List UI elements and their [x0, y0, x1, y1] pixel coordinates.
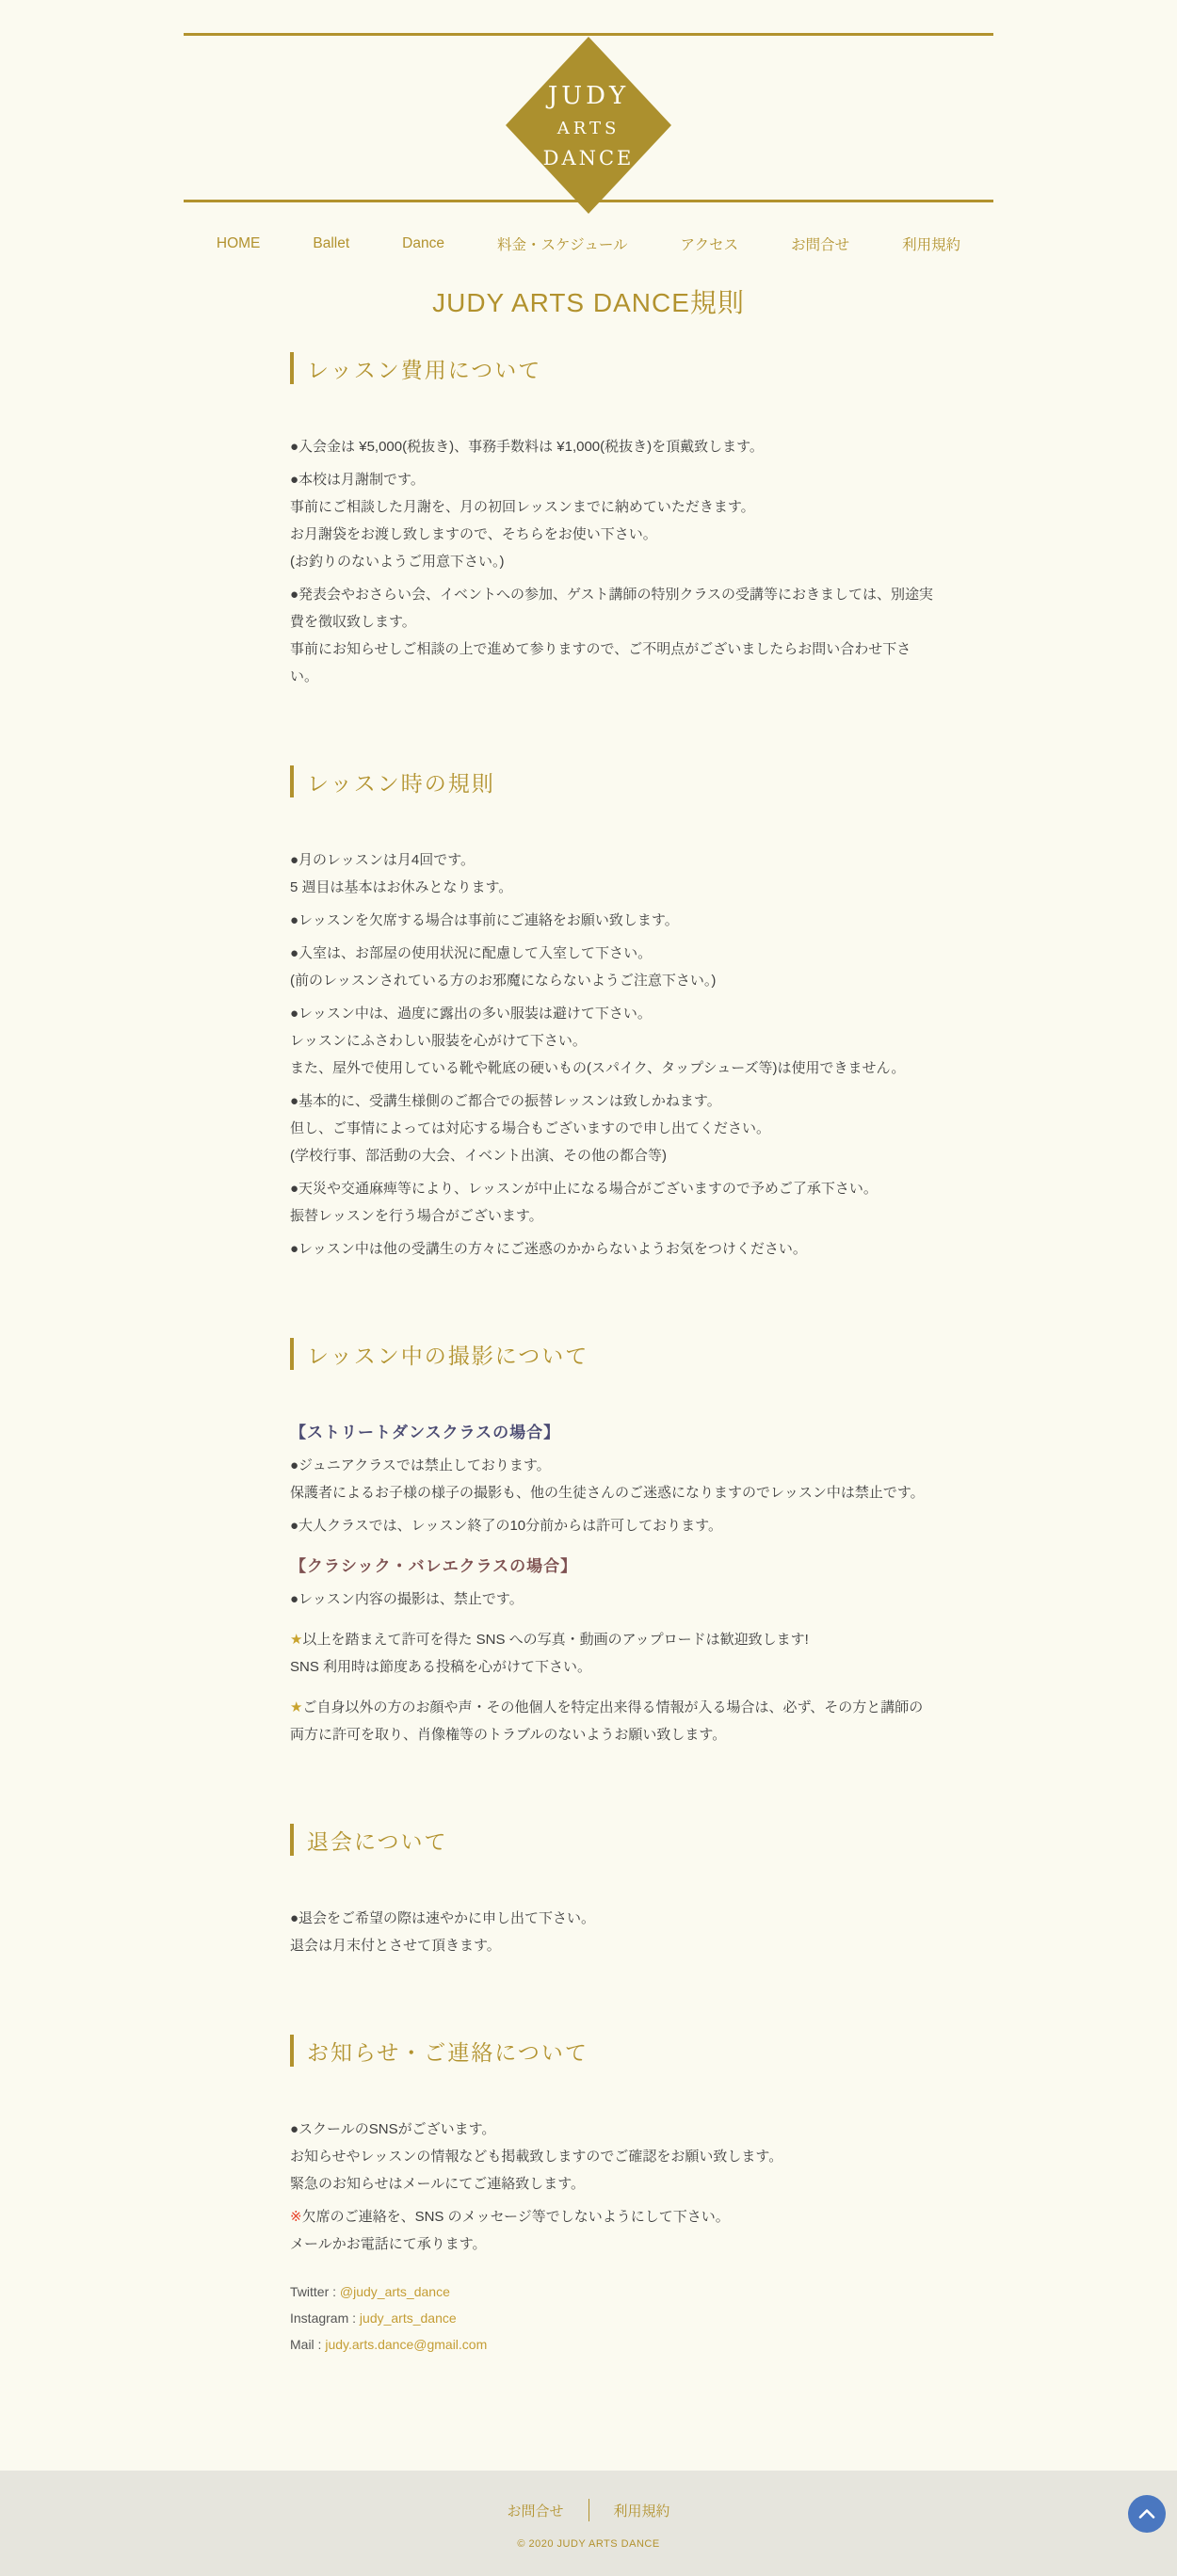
- logo-line-dance: DANCE: [543, 147, 635, 169]
- paragraph: ●レッスンを欠席する場合は事前にご連絡をお願い致します。: [290, 907, 949, 934]
- paragraph: ★以上を踏まえて許可を得た SNS への写真・動画のアップロードは歓迎致します!…: [290, 1626, 949, 1681]
- paragraph: ●入室は、お部屋の使用状況に配慮して入室して下さい。(前のレッスンされている方の…: [290, 940, 949, 994]
- rules-section: 退会について●退会をご希望の際は速やかに申し出て下さい。退会は月末付とさせて頂き…: [290, 1824, 949, 1959]
- text-line: お月謝袋をお渡し致しますので、そちらをお使い下さい。: [290, 521, 949, 548]
- footer: お問合せ 利用規約 © 2020 JUDY ARTS DANCE: [0, 2471, 1177, 2576]
- header-top-rule: [184, 33, 993, 36]
- text-line: お知らせやレッスンの情報なども掲載致しますのでご確認をお願い致します。: [290, 2143, 949, 2170]
- contact-line: Instagram : judy_arts_dance: [290, 2305, 949, 2331]
- paragraph: ●基本的に、受講生様側のご都合での振替レッスンは致しかねます。但し、ご事情によっ…: [290, 1087, 949, 1169]
- text-line: (前のレッスンされている方のお邪魔にならないようご注意下さい。): [290, 967, 949, 994]
- contact-line: Twitter : @judy_arts_dance: [290, 2278, 949, 2305]
- logo-text: JUDY ARTS DANCE: [543, 82, 635, 169]
- text-line: ●ジュニアクラスでは禁止しております。: [290, 1452, 949, 1479]
- alert-marker: ※: [290, 2209, 302, 2225]
- text-line: い。: [290, 663, 949, 690]
- page-title: JUDY ARTS DANCE規則: [0, 282, 1177, 320]
- text-line: ●入室は、お部屋の使用状況に配慮して入室して下さい。: [290, 940, 949, 967]
- contact-label: Twitter :: [290, 2284, 340, 2299]
- scroll-to-top-button[interactable]: [1128, 2495, 1166, 2533]
- text-line: ●レッスン中は他の受講生の方々にご迷惑のかからないようお気をつけください。: [290, 1235, 949, 1263]
- section-heading: レッスン時の規則: [290, 765, 949, 797]
- rules-section: レッスン時の規則●月のレッスンは月4回です。5 週目は基本はお休みとなります。●…: [290, 765, 949, 1263]
- text-line: また、屋外で使用している靴や靴底の硬いもの(スパイク、タップシューズ等)は使用で…: [290, 1055, 949, 1082]
- footer-divider: [588, 2499, 589, 2521]
- copyright: © 2020 JUDY ARTS DANCE: [0, 2538, 1177, 2550]
- paragraph: ●退会をご希望の際は速やかに申し出て下さい。退会は月末付とさせて頂きます。: [290, 1905, 949, 1959]
- text-line: ※欠席のご連絡を、SNS のメッセージ等でしないようにして下さい。: [290, 2203, 949, 2230]
- text-line: (お釣りのないようご用意下さい。): [290, 548, 949, 575]
- rules-section: レッスン費用について●入会金は ¥5,000(税抜き)、事務手数料は ¥1,00…: [290, 352, 949, 690]
- sns-contact-block: Twitter : @judy_arts_danceInstagram : ju…: [290, 2278, 949, 2358]
- section-body: 【ストリートダンスクラスの場合】●ジュニアクラスでは禁止しております。保護者によ…: [290, 1419, 949, 1748]
- text-line: ●スクールのSNSがございます。: [290, 2116, 949, 2143]
- page: JUDY ARTS DANCE HOME Ballet Dance 料金・スケジ…: [0, 0, 1177, 2576]
- paragraph: ●天災や交通麻痺等により、レッスンが中止になる場合がございますので予めご了承下さ…: [290, 1175, 949, 1230]
- text-line: ●レッスンを欠席する場合は事前にご連絡をお願い致します。: [290, 907, 949, 934]
- section-body: ●月のレッスンは月4回です。5 週目は基本はお休みとなります。●レッスンを欠席す…: [290, 846, 949, 1263]
- sub-heading: 【ストリートダンスクラスの場合】: [290, 1419, 949, 1446]
- text-line: ★ご自身以外の方のお顔や声・その他個人を特定出来得る情報が入る場合は、必ず、その…: [290, 1694, 949, 1721]
- text-line: ★以上を踏まえて許可を得た SNS への写真・動画のアップロードは歓迎致します!: [290, 1626, 949, 1653]
- section-body: ●スクールのSNSがございます。お知らせやレッスンの情報なども掲載致しますのでご…: [290, 2116, 949, 2358]
- logo-line-arts: ARTS: [557, 119, 621, 138]
- contact-link[interactable]: @judy_arts_dance: [340, 2284, 450, 2299]
- section-heading: レッスン費用について: [290, 352, 949, 384]
- paragraph: ●本校は月謝制です。事前にご相談した月謝を、月の初回レッスンまでに納めていただき…: [290, 466, 949, 575]
- line-text: 以上を踏まえて許可を得た SNS への写真・動画のアップロードは歓迎致します!: [302, 1632, 808, 1648]
- paragraph: ●レッスン中は、過度に露出の多い服装は避けて下さい。レッスンにふさわしい服装を心…: [290, 1000, 949, 1082]
- rules-content: レッスン費用について●入会金は ¥5,000(税抜き)、事務手数料は ¥1,00…: [290, 352, 949, 2358]
- sub-heading: 【クラシック・バレエクラスの場合】: [290, 1553, 949, 1580]
- paragraph: ●入会金は ¥5,000(税抜き)、事務手数料は ¥1,000(税抜き)を頂戴致…: [290, 433, 949, 460]
- text-line: ●月のレッスンは月4回です。: [290, 846, 949, 874]
- paragraph: ●月のレッスンは月4回です。5 週目は基本はお休みとなります。: [290, 846, 949, 901]
- text-line: 費を徴収致します。: [290, 608, 949, 636]
- section-title: レッスン費用について: [307, 353, 541, 384]
- contact-label: Mail :: [290, 2337, 325, 2352]
- section-heading-bar: [290, 765, 294, 797]
- text-line: レッスンにふさわしい服装を心がけて下さい。: [290, 1027, 949, 1055]
- section-heading: レッスン中の撮影について: [290, 1338, 949, 1370]
- section-heading-bar: [290, 2035, 294, 2067]
- logo-line-judy: JUDY: [548, 82, 629, 110]
- footer-link-terms[interactable]: 利用規約: [614, 2501, 670, 2520]
- contact-line: Mail : judy.arts.dance@gmail.com: [290, 2331, 949, 2358]
- star-marker: ★: [290, 1699, 302, 1715]
- text-line: (学校行事、部活動の大会、イベント出演、その他の都合等): [290, 1142, 949, 1169]
- text-line: 但し、ご事情によっては対応する場合もございますので申し出てください。: [290, 1115, 949, 1142]
- text-line: 退会は月末付とさせて頂きます。: [290, 1932, 949, 1959]
- contact-label: Instagram :: [290, 2310, 360, 2326]
- section-title: レッスン中の撮影について: [307, 1339, 588, 1370]
- rules-section: お知らせ・ご連絡について●スクールのSNSがございます。お知らせやレッスンの情報…: [290, 2035, 949, 2358]
- contact-link[interactable]: judy_arts_dance: [360, 2310, 457, 2326]
- nav-item-home[interactable]: HOME: [217, 235, 261, 252]
- footer-links: お問合せ 利用規約: [0, 2471, 1177, 2521]
- text-line: 振替レッスンを行う場合がございます。: [290, 1202, 949, 1230]
- section-heading: お知らせ・ご連絡について: [290, 2035, 949, 2067]
- paragraph: ●スクールのSNSがございます。お知らせやレッスンの情報なども掲載致しますのでご…: [290, 2116, 949, 2198]
- text-line: 事前にお知らせしご相談の上で進めて参りますので、ご不明点がございましたらお問い合…: [290, 636, 949, 663]
- text-line: ●レッスン内容の撮影は、禁止です。: [290, 1586, 949, 1613]
- text-line: 両方に許可を取り、肖像権等のトラブルのないようお願い致します。: [290, 1721, 949, 1748]
- section-heading-bar: [290, 352, 294, 384]
- text-line: 緊急のお知らせはメールにてご連絡致します。: [290, 2170, 949, 2198]
- section-title: 退会について: [307, 1825, 448, 1856]
- section-title: レッスン時の規則: [307, 766, 495, 797]
- section-body: ●退会をご希望の際は速やかに申し出て下さい。退会は月末付とさせて頂きます。: [290, 1905, 949, 1959]
- text-line: ●入会金は ¥5,000(税抜き)、事務手数料は ¥1,000(税抜き)を頂戴致…: [290, 433, 949, 460]
- text-line: ●天災や交通麻痺等により、レッスンが中止になる場合がございますので予めご了承下さ…: [290, 1175, 949, 1202]
- line-text: ご自身以外の方のお顔や声・その他個人を特定出来得る情報が入る場合は、必ず、その方…: [302, 1699, 923, 1715]
- paragraph: ●大人クラスでは、レッスン終了の10分前からは許可しております。: [290, 1512, 949, 1539]
- nav-item-dance[interactable]: Dance: [402, 235, 444, 252]
- star-marker: ★: [290, 1632, 302, 1648]
- paragraph: ●レッスン内容の撮影は、禁止です。: [290, 1586, 949, 1613]
- section-heading: 退会について: [290, 1824, 949, 1856]
- text-line: ●レッスン中は、過度に露出の多い服装は避けて下さい。: [290, 1000, 949, 1027]
- chevron-up-icon: [1138, 2508, 1155, 2520]
- main-nav: HOME Ballet Dance 料金・スケジュール アクセス お問合せ 利用…: [0, 233, 1177, 254]
- logo[interactable]: JUDY ARTS DANCE: [506, 37, 671, 214]
- paragraph: ★ご自身以外の方のお顔や声・その他個人を特定出来得る情報が入る場合は、必ず、その…: [290, 1694, 949, 1748]
- text-line: ●退会をご希望の際は速やかに申し出て下さい。: [290, 1905, 949, 1932]
- text-line: 事前にご相談した月謝を、月の初回レッスンまでに納めていただきます。: [290, 493, 949, 521]
- paragraph: ※欠席のご連絡を、SNS のメッセージ等でしないようにして下さい。メールかお電話…: [290, 2203, 949, 2258]
- text-line: ●大人クラスでは、レッスン終了の10分前からは許可しております。: [290, 1512, 949, 1539]
- section-heading-bar: [290, 1824, 294, 1856]
- text-line: 保護者によるお子様の様子の撮影も、他の生徒さんのご迷惑になりますのでレッスン中は…: [290, 1479, 949, 1506]
- nav-item-terms[interactable]: 利用規約: [902, 233, 960, 254]
- section-title: お知らせ・ご連絡について: [307, 2036, 588, 2067]
- nav-item-pricing-schedule[interactable]: 料金・スケジュール: [497, 233, 628, 254]
- line-text: 欠席のご連絡を、SNS のメッセージ等でしないようにして下さい。: [302, 2209, 730, 2225]
- text-line: メールかお電話にて承ります。: [290, 2230, 949, 2258]
- footer-link-contact[interactable]: お問合せ: [507, 2501, 563, 2520]
- paragraph: ●ジュニアクラスでは禁止しております。保護者によるお子様の様子の撮影も、他の生徒…: [290, 1452, 949, 1506]
- section-heading-bar: [290, 1338, 294, 1370]
- section-body: ●入会金は ¥5,000(税抜き)、事務手数料は ¥1,000(税抜き)を頂戴致…: [290, 433, 949, 690]
- text-line: ●発表会やおさらい会、イベントへの参加、ゲスト講師の特別クラスの受講等におきまし…: [290, 581, 949, 608]
- text-line: SNS 利用時は節度ある投稿を心がけて下さい。: [290, 1653, 949, 1681]
- text-line: ●基本的に、受講生様側のご都合での振替レッスンは致しかねます。: [290, 1087, 949, 1115]
- paragraph: ●レッスン中は他の受講生の方々にご迷惑のかからないようお気をつけください。: [290, 1235, 949, 1263]
- nav-item-ballet[interactable]: Ballet: [313, 235, 349, 252]
- paragraph: ●発表会やおさらい会、イベントへの参加、ゲスト講師の特別クラスの受講等におきまし…: [290, 581, 949, 690]
- contact-link[interactable]: judy.arts.dance@gmail.com: [325, 2337, 487, 2352]
- nav-item-access[interactable]: アクセス: [681, 233, 739, 254]
- text-line: ●本校は月謝制です。: [290, 466, 949, 493]
- header: JUDY ARTS DANCE: [0, 0, 1177, 213]
- nav-item-contact[interactable]: お問合せ: [791, 233, 849, 254]
- rules-section: レッスン中の撮影について【ストリートダンスクラスの場合】●ジュニアクラスでは禁止…: [290, 1338, 949, 1748]
- text-line: 5 週目は基本はお休みとなります。: [290, 874, 949, 901]
